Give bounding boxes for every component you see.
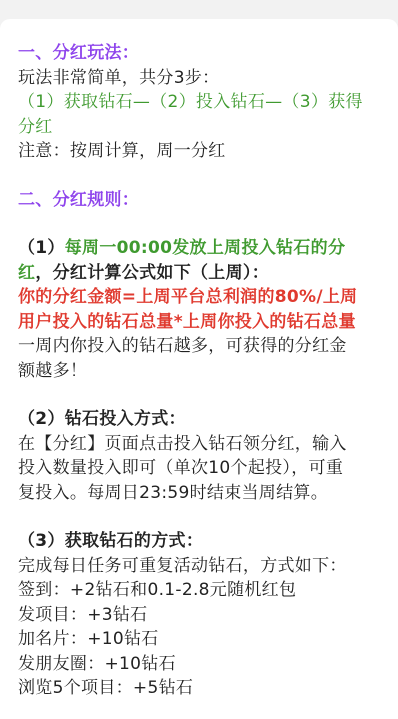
section-1-title: 一、分红玩法： xyxy=(18,41,384,66)
rule-1-green-2: 红 xyxy=(18,263,35,283)
formula-line-1: 你的分红金额=上周平台总利润的80%/上周 xyxy=(18,285,384,310)
rules-card: 一、分红玩法： 玩法非常简单，共分3步： （1）获取钻石—（2）投入钻石—（3）… xyxy=(0,19,398,700)
rule-2-title: （2）钻石投入方式： xyxy=(18,407,384,432)
list-item: 发朋友圈：+10钻石 xyxy=(18,652,384,677)
list-item: 加名片：+10钻石 xyxy=(18,627,384,652)
rule-2-line-2: 投入数量投入即可（单次10个起投），可重 xyxy=(18,456,384,481)
section-1-intro: 玩法非常简单，共分3步： xyxy=(18,66,384,91)
rule-1-desc-1: 一周内你投入的钻石越多，可获得的分红金 xyxy=(18,334,384,359)
rules-content: 一、分红玩法： 玩法非常简单，共分3步： （1）获取钻石—（2）投入钻石—（3）… xyxy=(0,19,398,700)
section-2-title: 二、分红规则： xyxy=(18,188,384,213)
rule-3-intro: 完成每日任务可重复活动钻石，方式如下： xyxy=(18,554,384,579)
list-item: 签到：+2钻石和0.1-2.8元随机红包 xyxy=(18,578,384,603)
list-item: 发项目：+3钻石 xyxy=(18,603,384,628)
rule-1-black: ，分红计算公式如下（上周）： xyxy=(35,263,269,283)
rule-1-desc-2: 额越多！ xyxy=(18,359,384,384)
list-item: 浏览5个项目：+5钻石 xyxy=(18,676,384,700)
formula-line-2: 用户投入的钻石总量*上周你投入的钻石总量 xyxy=(18,310,384,335)
rule-1-prefix: （1） xyxy=(18,238,65,258)
rule-3-title: （3）获取钻石的方式： xyxy=(18,529,384,554)
rule-1-line-2: 红，分红计算公式如下（上周）： xyxy=(18,261,384,286)
rule-2-line-3: 复投入。每周日23:59时结束当周结算。 xyxy=(18,481,384,506)
rule-2-line-1: 在【分红】页面点击投入钻石领分红，输入 xyxy=(18,432,384,457)
rule-1-line-1: （1）每周一00:00发放上周投入钻石的分 xyxy=(18,236,384,261)
rule-1-green-1: 每周一00:00发放上周投入钻石的分 xyxy=(65,238,346,258)
steps-line-2: 分红 xyxy=(18,115,384,140)
steps-line-1: （1）获取钻石—（2）投入钻石—（3）获得 xyxy=(18,90,384,115)
section-1-note: 注意：按周计算，周一分红 xyxy=(18,139,384,164)
